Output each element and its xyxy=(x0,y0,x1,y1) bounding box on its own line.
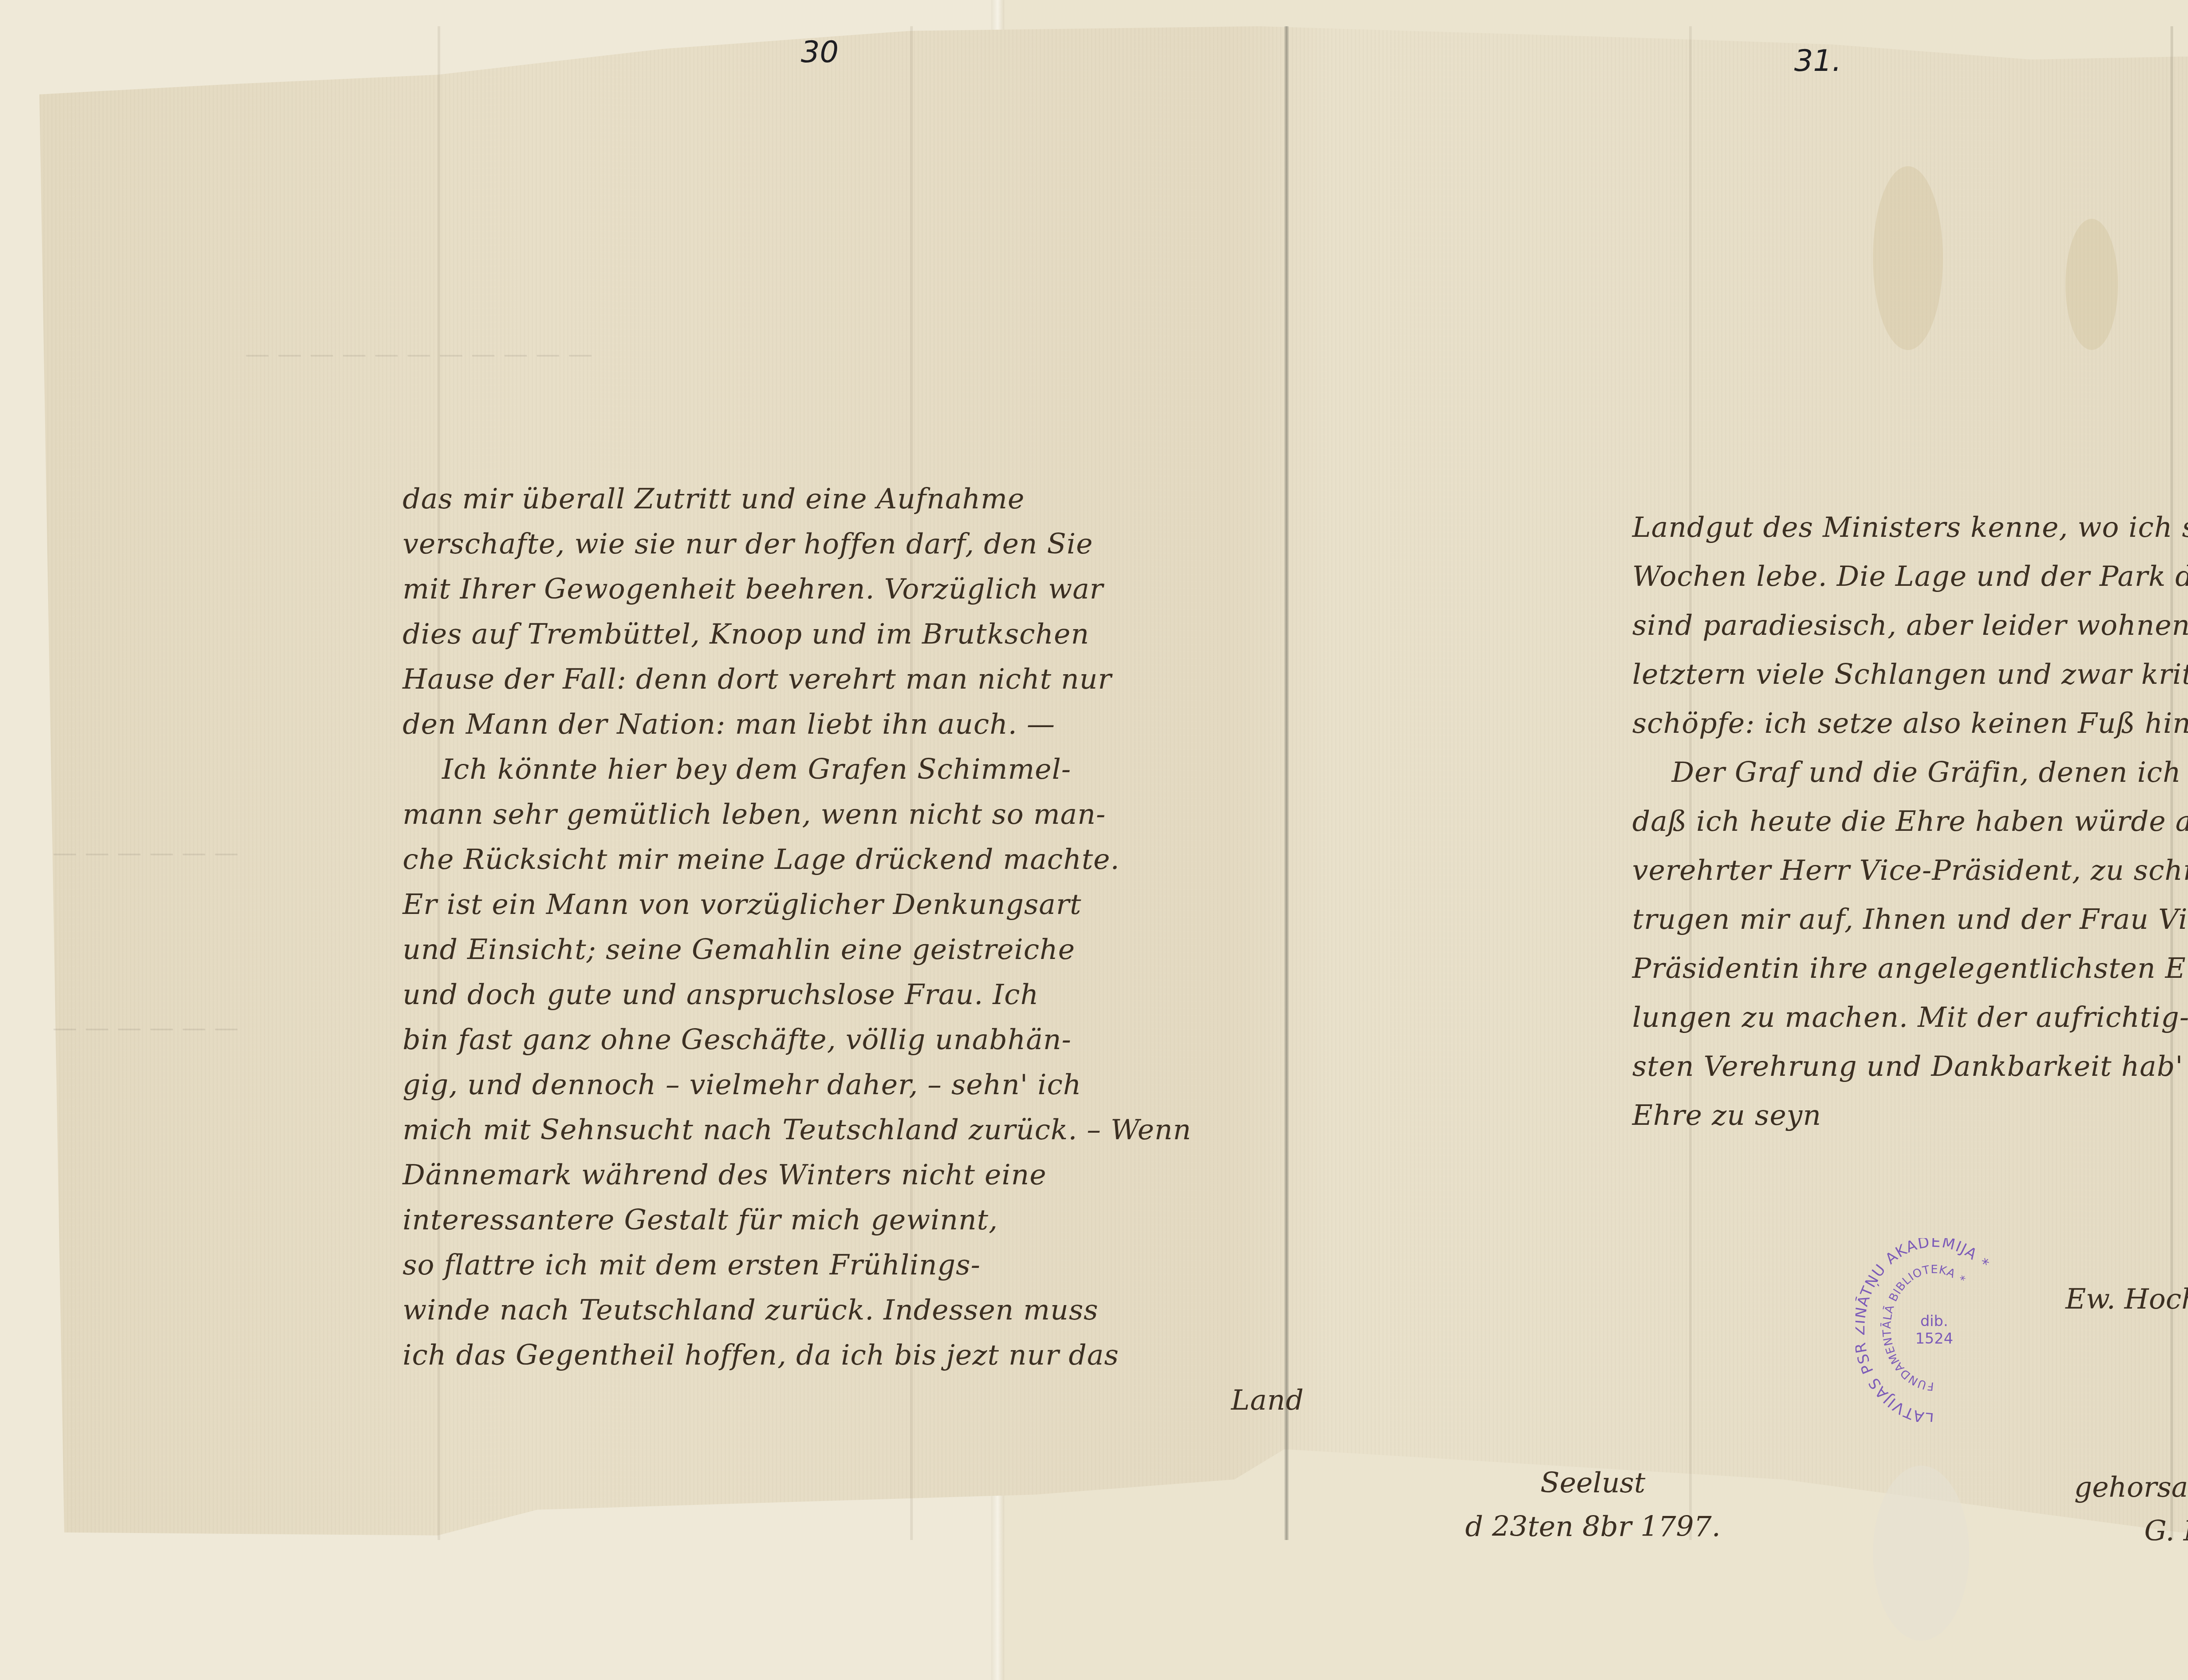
text-line: mich mit Sehnsucht nach Teutschland zurü… xyxy=(403,1108,1304,1153)
text-line: so flattre ich mit dem ersten Frühlings- xyxy=(403,1243,1304,1288)
right-page-text: Landgut des Ministers kenne, wo ich seit… xyxy=(1632,503,2188,1140)
text-line: Wochen lebe. Die Lage und der Park desse… xyxy=(1632,552,2188,601)
text-line: sind paradiesisch, aber leider wohnen in… xyxy=(1632,601,2188,650)
text-line: und doch gute und anspruchslose Frau. Ic… xyxy=(403,973,1304,1018)
left-page-text: das mir überall Zutritt und eine Aufnahm… xyxy=(403,477,1304,1423)
text-line: gig, und dennoch – vielmehr daher, – seh… xyxy=(403,1063,1304,1108)
text-line: Ehre zu seyn xyxy=(1632,1091,2188,1140)
stamp-founded-label: dib. xyxy=(1855,1312,2013,1330)
text-line: trugen mir auf, Ihnen und der Frau Vice- xyxy=(1632,895,2188,944)
stamp-center: dib. 1524 xyxy=(1855,1312,2013,1347)
text-line: Landgut des Ministers kenne, wo ich seit… xyxy=(1632,503,2188,552)
date: d 23ten 8br 1797. xyxy=(1427,1505,1759,1549)
text-line: und Einsicht; seine Gemahlin eine geistr… xyxy=(403,927,1304,973)
text-line: schöpfe: ich setze also keinen Fuß hinei… xyxy=(1632,699,2188,748)
text-line: letztern viele Schlangen und zwar kritis… xyxy=(1632,650,2188,699)
text-line: das mir überall Zutritt und eine Aufnahm… xyxy=(403,477,1304,522)
place: Seelust xyxy=(1427,1461,1759,1505)
text-line: lungen zu machen. Mit der aufrichtig- xyxy=(1632,993,2188,1042)
seal-mark xyxy=(1873,1466,1969,1641)
text-line: daß ich heute die Ehre haben würde an Si… xyxy=(1632,797,2188,846)
text-line: den Mann der Nation: man liebt ihn auch.… xyxy=(403,702,1304,747)
text-line: ich das Gegentheil hoffen, da ich bis je… xyxy=(403,1333,1304,1378)
foliation-left: 30 xyxy=(801,35,839,70)
catchword: Land xyxy=(403,1378,1304,1423)
text-line: Der Graf und die Gräfin, denen ich sagte… xyxy=(1632,748,2188,797)
text-line: mit Ihrer Gewogenheit beehren. Vorzüglic… xyxy=(403,567,1304,612)
text-line: sten Verehrung und Dankbarkeit hab' ich … xyxy=(1632,1042,2188,1091)
stamp-year: 1524 xyxy=(1855,1330,2013,1347)
text-line: Er ist ein Mann von vorzüglicher Denkung… xyxy=(403,882,1304,927)
water-stain xyxy=(2065,219,2118,350)
ink-bleed-through: — — — — — — xyxy=(53,1006,238,1050)
signature-block: gehorsamster diener G. Merkel. xyxy=(2074,1466,2188,1553)
text-line: Präsidentin ihre angelegentlichsten Empf… xyxy=(1632,944,2188,993)
text-line: Ich könnte hier bey dem Grafen Schimmel- xyxy=(403,747,1304,792)
ink-bleed-through: — — — — — — — — — — — xyxy=(245,332,593,376)
water-stain xyxy=(1873,166,1943,350)
closing-salutation: Ew. Hochwohlgeboren xyxy=(2065,1277,2188,1321)
text-line: Hause der Fall: denn dort verehrt man ni… xyxy=(403,657,1304,702)
library-stamp: LATVIJAS PSR ZINĀTŅU AKADEMIJA * FUNDAME… xyxy=(1855,1238,2013,1422)
text-line: dies auf Trembüttel, Knoop und im Brutks… xyxy=(403,612,1304,657)
text-line: mann sehr gemütlich leben, wenn nicht so… xyxy=(403,792,1304,837)
text-line: verschafte, wie sie nur der hoffen darf,… xyxy=(403,522,1304,567)
text-line: che Rücksicht mir meine Lage drückend ma… xyxy=(403,837,1304,882)
foliation-right: 31. xyxy=(1794,44,1841,78)
valediction: gehorsamster diener xyxy=(2074,1466,2188,1509)
text-line: interessantere Gestalt für mich gewinnt, xyxy=(403,1198,1304,1243)
place-and-date: Seelust d 23ten 8br 1797. xyxy=(1427,1461,1759,1549)
signature: G. Merkel. xyxy=(2074,1509,2188,1553)
text-line: bin fast ganz ohne Geschäfte, völlig una… xyxy=(403,1018,1304,1063)
text-line: Dännemark während des Winters nicht eine xyxy=(403,1153,1304,1198)
text-line: winde nach Teutschland zurück. Indessen … xyxy=(403,1288,1304,1333)
text-line: verehrter Herr Vice-Präsident, zu schrei… xyxy=(1632,846,2188,895)
ink-bleed-through: — — — — — — xyxy=(53,831,238,875)
